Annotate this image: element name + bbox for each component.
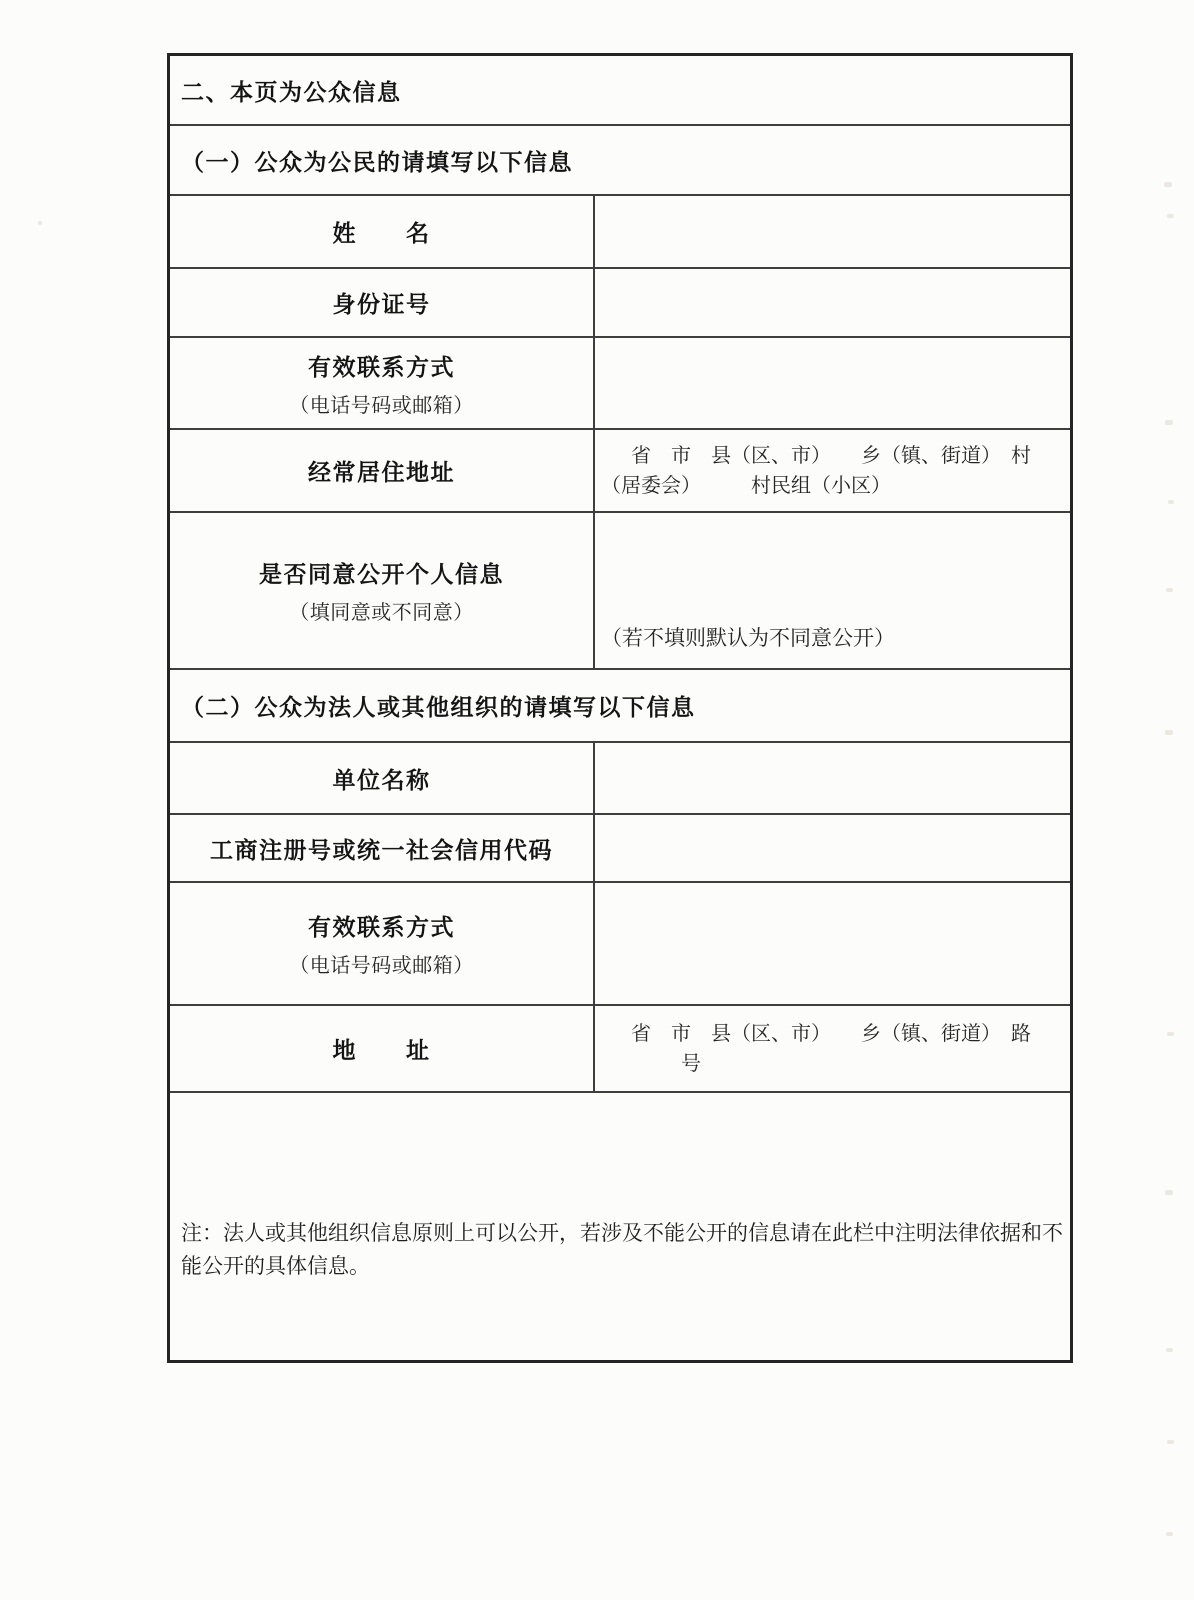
legal-note-row: 注：法人或其他组织信息原则上可以公开，若涉及不能公开的信息请在此栏中注明法律依据… (170, 1093, 1070, 1360)
consent-label: 是否同意公开个人信息 (259, 556, 504, 589)
field-row-contact-org: 有效联系方式 （电话号码或邮箱） (170, 883, 1070, 1006)
legal-note-line1: 注：法人或其他组织信息原则上可以公开，若涉及不能公开的信息请在此栏中注明法律依据… (181, 1217, 1062, 1250)
field-row-name: 姓 名 (170, 196, 1070, 269)
id-label: 身份证号 (333, 286, 431, 319)
field-row-org-name: 单位名称 (170, 743, 1070, 815)
field-row-contact-citizen: 有效联系方式 （电话号码或邮箱） (170, 338, 1070, 430)
name-label: 姓 名 (333, 215, 431, 248)
field-row-consent: 是否同意公开个人信息 （填同意或不同意） （若不填则默认为不同意公开） (170, 513, 1070, 670)
scan-artifact (1165, 1190, 1173, 1195)
public-info-form-table: 二、本页为公众信息 （一）公众为公民的请填写以下信息 姓 名 身份证号 有效联系… (167, 53, 1073, 1363)
residential-address-label: 经常居住地址 (308, 454, 455, 487)
registration-code-label-cell: 工商注册号或统一社会信用代码 (170, 815, 593, 881)
name-value-cell (593, 196, 1070, 267)
scan-artifact (1168, 500, 1174, 504)
contact-citizen-label: 有效联系方式 (308, 349, 455, 382)
name-label-cell: 姓 名 (170, 196, 593, 267)
org-address-label: 地 址 (333, 1032, 431, 1065)
registration-code-label: 工商注册号或统一社会信用代码 (210, 832, 553, 865)
legal-note-line2: 能公开的具体信息。 (181, 1250, 1062, 1283)
consent-default-note: （若不填则默认为不同意公开） (595, 623, 1070, 668)
form-title-row: 二、本页为公众信息 (170, 56, 1070, 126)
consent-sublabel: （填同意或不同意） (289, 596, 474, 625)
scan-artifact (1167, 1032, 1174, 1036)
scanned-form-page: 二、本页为公众信息 （一）公众为公民的请填写以下信息 姓 名 身份证号 有效联系… (0, 0, 1194, 1600)
residential-address-label-cell: 经常居住地址 (170, 430, 593, 511)
contact-org-label: 有效联系方式 (308, 909, 455, 942)
section1-header: （一）公众为公民的请填写以下信息 (181, 144, 573, 177)
org-name-label-cell: 单位名称 (170, 743, 593, 813)
section2-header-row: （二）公众为法人或其他组织的请填写以下信息 (170, 670, 1070, 743)
contact-org-value-cell (593, 883, 1070, 1004)
org-address-template-line2: 号 (595, 1049, 1070, 1079)
contact-citizen-label-cell: 有效联系方式 （电话号码或邮箱） (170, 338, 593, 428)
contact-citizen-value-cell (593, 338, 1070, 428)
registration-code-value-cell (593, 815, 1070, 881)
residential-address-template-line2: （居委会） 村民组（小区） (595, 471, 1070, 501)
field-row-registration-code: 工商注册号或统一社会信用代码 (170, 815, 1070, 883)
org-name-value-cell (593, 743, 1070, 813)
id-value-cell (593, 269, 1070, 336)
scan-artifact (1166, 1348, 1173, 1352)
org-address-template-line1: 省 市 县（区、市） 乡（镇、街道） 路 (595, 1019, 1070, 1049)
org-name-label: 单位名称 (333, 762, 431, 795)
scan-artifact (1166, 588, 1173, 592)
scan-artifact (1165, 730, 1173, 735)
scan-artifact (1165, 420, 1173, 425)
scan-artifact (1166, 1532, 1173, 1536)
section1-header-row: （一）公众为公民的请填写以下信息 (170, 126, 1070, 196)
field-row-org-address: 地 址 省 市 县（区、市） 乡（镇、街道） 路 号 (170, 1006, 1070, 1093)
contact-org-sublabel: （电话号码或邮箱） (289, 949, 474, 978)
residential-address-template-line1: 省 市 县（区、市） 乡（镇、街道） 村 (595, 441, 1070, 471)
org-address-value-cell: 省 市 县（区、市） 乡（镇、街道） 路 号 (593, 1006, 1070, 1091)
section2-header: （二）公众为法人或其他组织的请填写以下信息 (181, 689, 696, 722)
consent-label-cell: 是否同意公开个人信息 （填同意或不同意） (170, 513, 593, 668)
consent-value-cell: （若不填则默认为不同意公开） (593, 513, 1070, 668)
scan-artifact (1167, 214, 1174, 218)
field-row-residential-address: 经常居住地址 省 市 县（区、市） 乡（镇、街道） 村 （居委会） 村民组（小区… (170, 430, 1070, 513)
id-label-cell: 身份证号 (170, 269, 593, 336)
scan-artifact (1164, 182, 1172, 187)
residential-address-value-cell: 省 市 县（区、市） 乡（镇、街道） 村 （居委会） 村民组（小区） (593, 430, 1070, 511)
field-row-id-number: 身份证号 (170, 269, 1070, 338)
org-address-label-cell: 地 址 (170, 1006, 593, 1091)
scan-artifact (1167, 1440, 1174, 1444)
contact-org-label-cell: 有效联系方式 （电话号码或邮箱） (170, 883, 593, 1004)
page-title: 二、本页为公众信息 (181, 74, 402, 107)
scan-speck (38, 221, 42, 225)
contact-citizen-sublabel: （电话号码或邮箱） (289, 389, 474, 418)
